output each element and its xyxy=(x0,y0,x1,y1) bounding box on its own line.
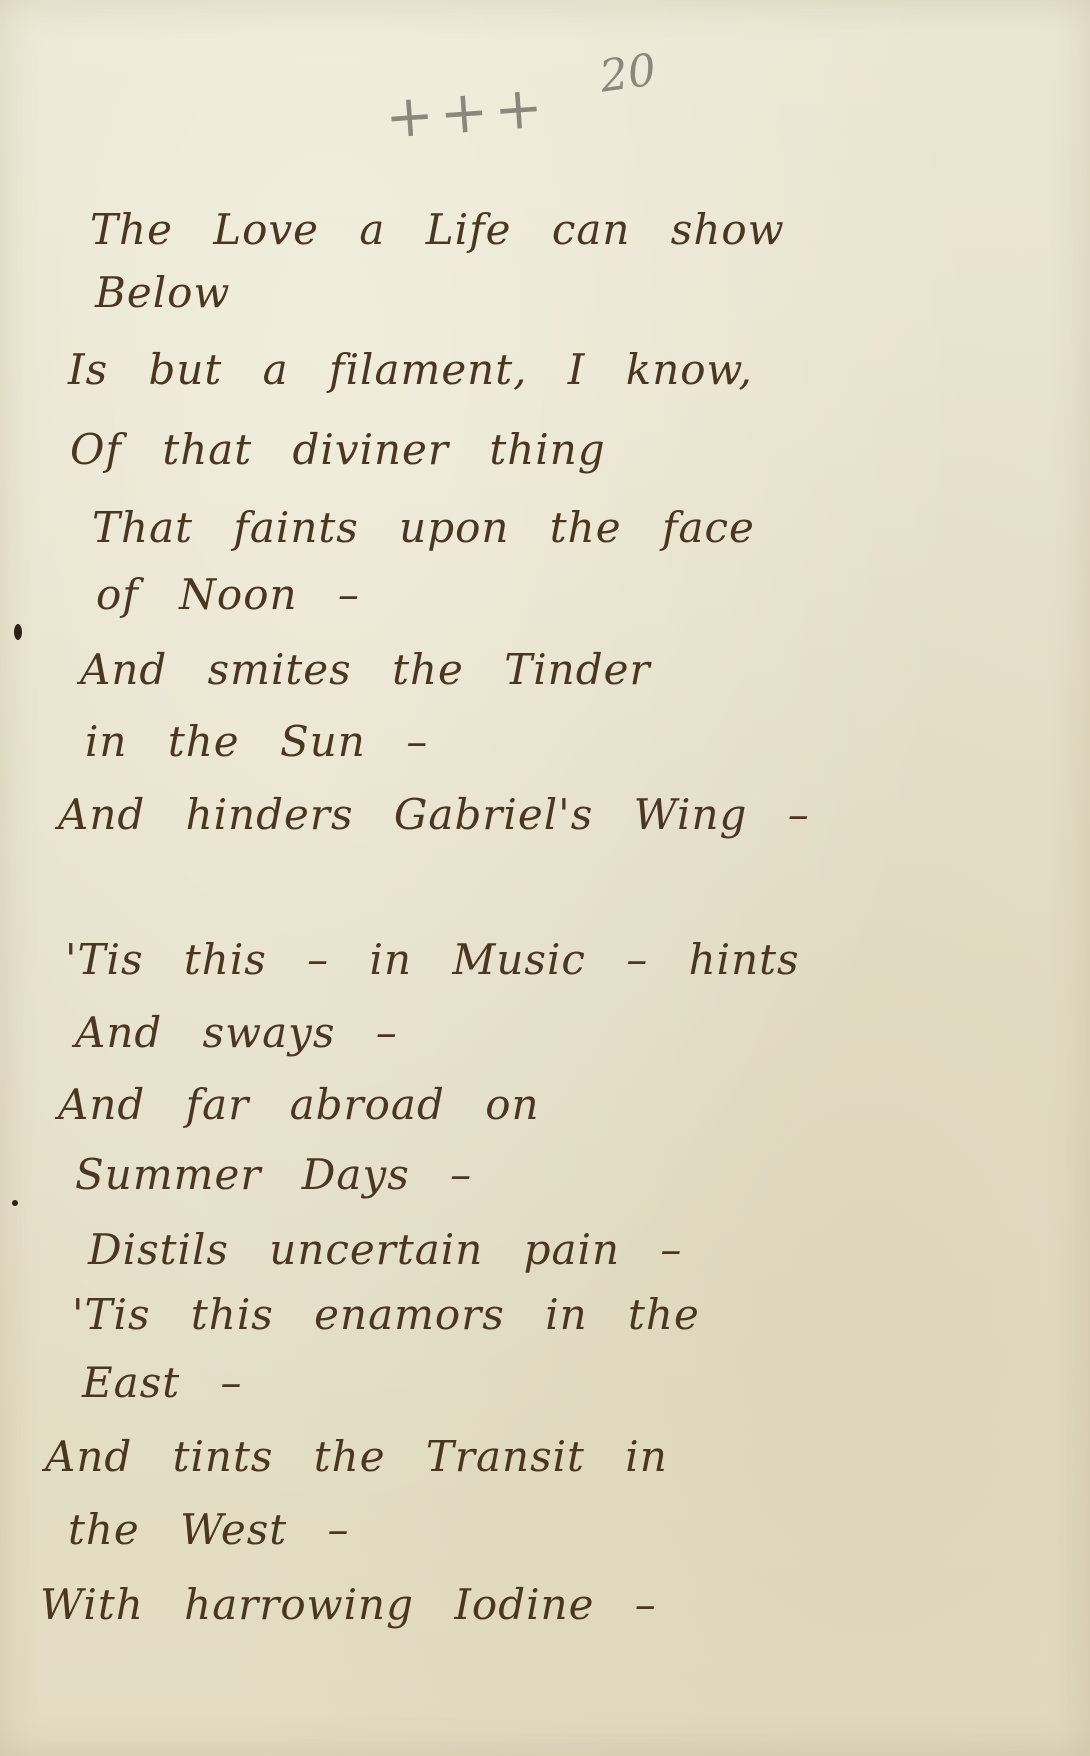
ink-blot xyxy=(14,624,22,640)
pencil-annotation-plus: +++ xyxy=(383,72,551,151)
poem-line: With harrowing Iodine – xyxy=(40,1580,657,1629)
poem-line: And tints the Transit in xyxy=(45,1432,668,1481)
poem-line: And far abroad on xyxy=(58,1080,540,1129)
poem-line: And smites the Tinder xyxy=(80,645,651,694)
poem-line: The Love a Life can show xyxy=(90,205,785,254)
poem-line: 'Tis this – in Music – hints xyxy=(65,935,800,984)
poem-line: That faints upon the face xyxy=(92,503,755,552)
poem-line: Is but a filament, I know, xyxy=(68,345,753,394)
poem-line: Summer Days – xyxy=(75,1150,472,1199)
poem-line: of Noon – xyxy=(96,570,360,619)
poem-line: East – xyxy=(82,1358,242,1407)
poem-line: Distils uncertain pain – xyxy=(88,1225,682,1274)
poem-line: in the Sun – xyxy=(85,717,428,766)
pencil-annotation-number: 20 xyxy=(597,44,660,102)
poem-line: Of that diviner thing xyxy=(70,425,606,474)
ink-blot xyxy=(12,1200,18,1206)
poem-line: the West – xyxy=(68,1505,350,1554)
manuscript-page: +++ 20 The Love a Life can show Below Is… xyxy=(0,0,1090,1756)
poem-line: And hinders Gabriel's Wing – xyxy=(58,790,810,839)
poem-line: And sways – xyxy=(75,1008,398,1057)
poem-line: Below xyxy=(95,268,230,317)
poem-line: 'Tis this enamors in the xyxy=(72,1290,700,1339)
